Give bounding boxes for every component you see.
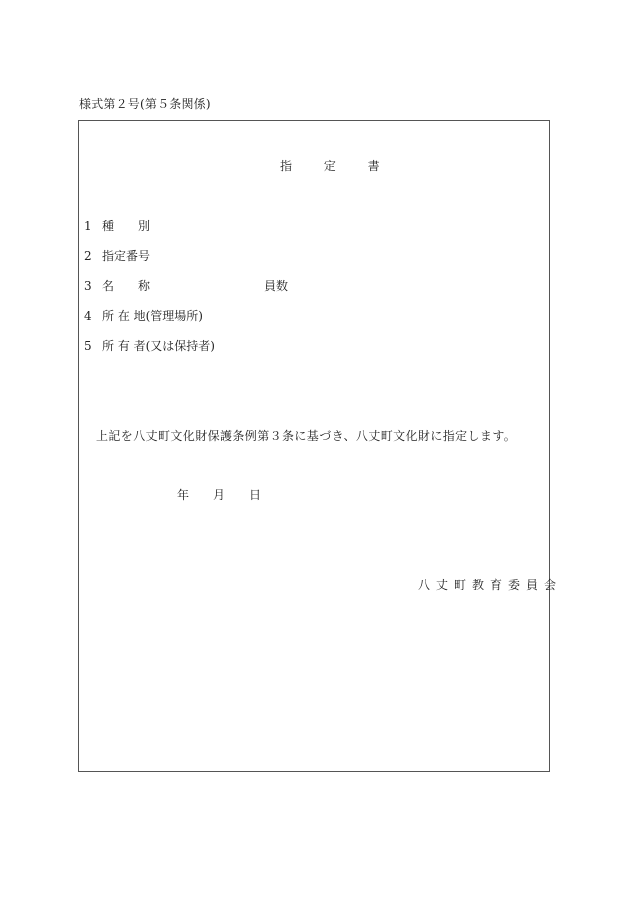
date-line: 年月日 (177, 488, 261, 502)
item-label: 所 有 者(又は保持者) (102, 339, 215, 353)
item-label: 所 在 地(管理場所) (102, 309, 203, 323)
item-location: 4所 在 地(管理場所) (84, 309, 203, 323)
item-owner: 5所 有 者(又は保持者) (84, 339, 215, 353)
date-year: 年 (177, 488, 213, 502)
designation-statement: 上記を八丈町文化財保護条例第３条に基づき、八丈町文化財に指定します。 (96, 429, 516, 443)
document-frame (78, 120, 550, 772)
item-designation-number: 2指定番号 (84, 249, 150, 263)
item-number: 3 (84, 279, 102, 293)
item-label: 種 別 (102, 219, 150, 233)
item-number: 1 (84, 219, 102, 233)
item-number: 5 (84, 339, 102, 353)
item-label: 名 称 (102, 279, 150, 293)
form-number-label: 様式第２号(第５条関係) (79, 97, 211, 111)
item-number: 2 (84, 249, 102, 263)
date-day: 日 (249, 488, 261, 502)
item-name: 3名 称 (84, 279, 150, 293)
document-title: 指 定 書 (280, 159, 394, 173)
item-quantity-label: 員数 (264, 279, 288, 293)
item-type: 1種 別 (84, 219, 150, 233)
item-number: 4 (84, 309, 102, 323)
item-label: 指定番号 (102, 249, 150, 263)
issuer-name: 八丈町教育委員会 (418, 578, 562, 592)
date-month: 月 (213, 488, 249, 502)
